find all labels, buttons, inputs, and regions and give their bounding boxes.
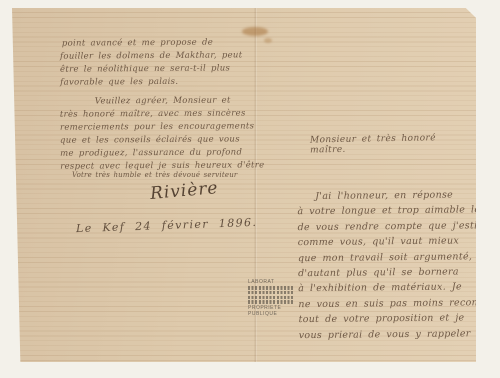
letter-sheet: point avancé et me propose de fouiller l… — [12, 8, 476, 362]
handwritten-line: vous prierai de vous y rappeler — [299, 325, 500, 343]
letter-photograph: point avancé et me propose de fouiller l… — [0, 0, 500, 378]
right-page-body: J'ai l'honneur, en réponse à votre longu… — [297, 187, 500, 343]
left-page-closing-formula: Veuillez agréer, Monsieur et très honoré… — [60, 94, 265, 173]
stamp-illegible-row — [248, 296, 294, 300]
handwritten-line: de vous rendre compte que j'estime, — [298, 218, 500, 236]
archive-stamp: LABORAT PROPRIÉTÉ PUBLIQUE — [248, 279, 300, 317]
stamp-illegible-row — [248, 286, 294, 290]
signature: Rivière — [149, 178, 219, 204]
handwritten-line: être le néolithique ne sera-t-il plus — [60, 62, 243, 76]
ink-stain-small — [264, 38, 272, 43]
stamp-illegible-row — [248, 291, 294, 295]
stamp-text-publique: PUBLIQUE — [248, 311, 300, 317]
left-page-body: point avancé et me propose de fouiller l… — [60, 36, 243, 89]
handwritten-line: que mon travail soit argumenté, — [298, 248, 500, 266]
handwritten-line: favorable que les palais. — [60, 75, 243, 89]
stamp-illegible-row — [248, 300, 294, 304]
handwritten-line: point avancé et me propose de — [60, 36, 243, 50]
dateline: Le Kef 24 février 1896. — [76, 216, 258, 235]
handwritten-line: à votre longue et trop aimable lettre, — [297, 202, 500, 220]
handwritten-line: fouiller les dolmens de Makthar, peut — [60, 49, 243, 63]
ink-stain — [242, 27, 268, 36]
handwritten-line: ne vous en suis pas moins reconnaissant — [298, 295, 500, 313]
stamp-text-top: LABORAT — [248, 279, 300, 285]
salutation: Monsieur et très honoré maître. — [310, 133, 476, 156]
